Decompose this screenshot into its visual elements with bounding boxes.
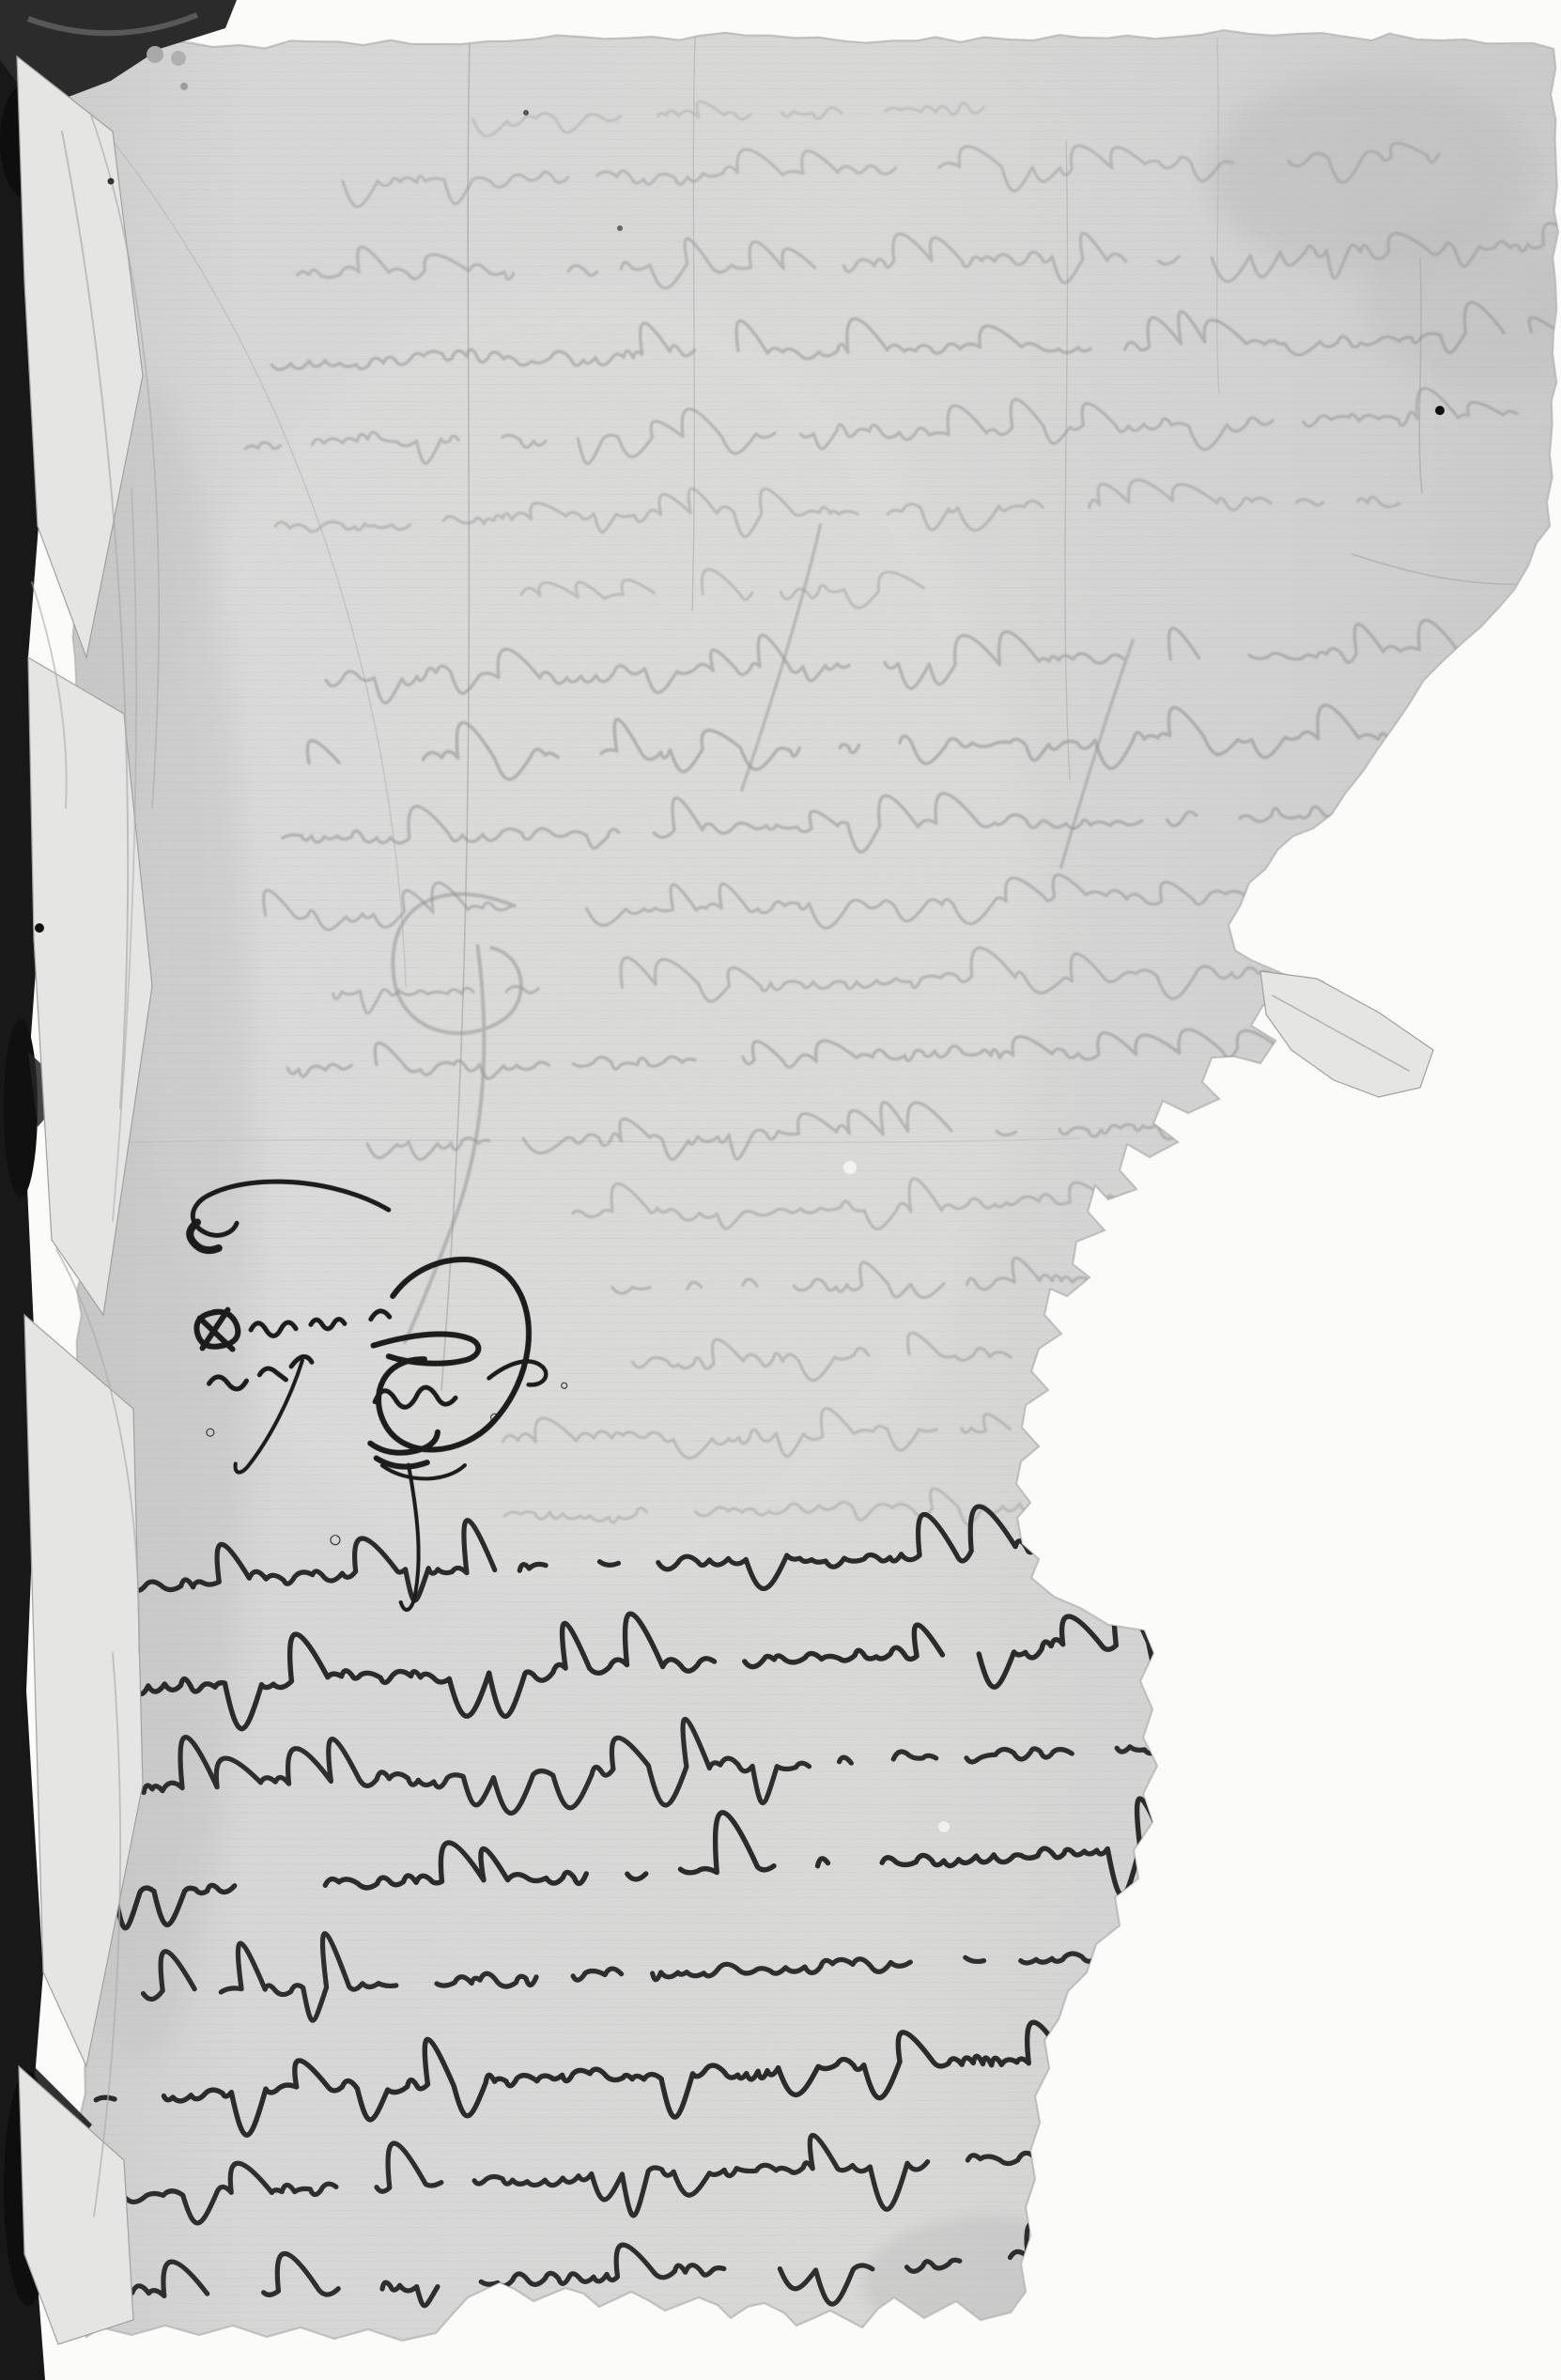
manuscript-scan	[0, 0, 1561, 2380]
manuscript-scan-image	[0, 0, 1561, 2380]
binding-knot	[4, 1019, 38, 1198]
